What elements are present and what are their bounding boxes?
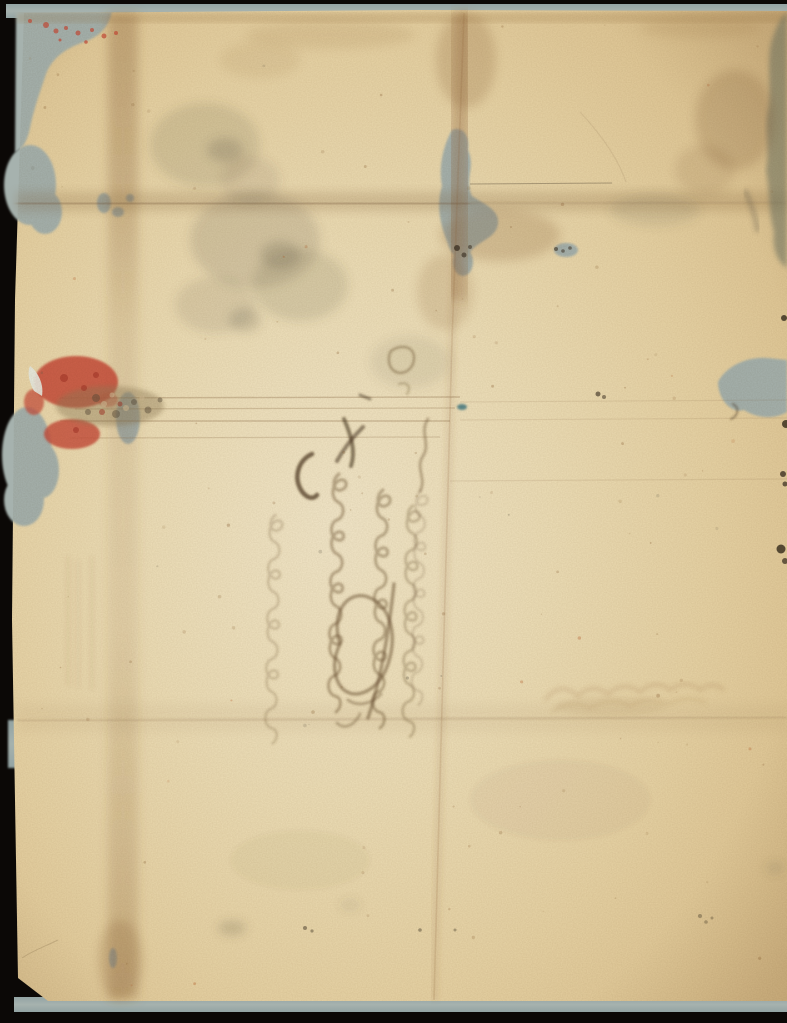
scanner-bed xyxy=(0,0,787,1023)
manuscript-scan xyxy=(0,0,787,1023)
grain-overlay xyxy=(12,10,787,1001)
